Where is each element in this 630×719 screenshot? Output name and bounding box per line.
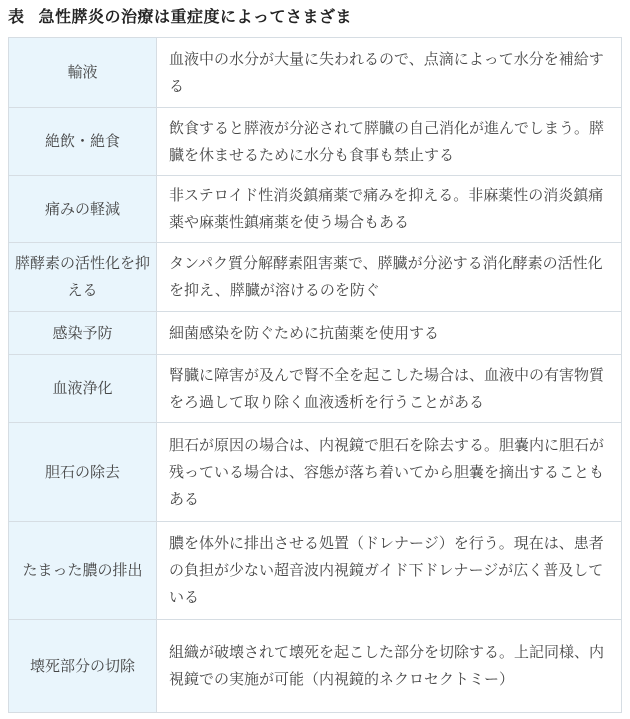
table-row: 壊死部分の切除 組織が破壊されて壊死を起こした部分を切除する。上記同様、内視鏡で… <box>9 620 622 713</box>
table-row: 輸液 血液中の水分が大量に失われるので、点滴によって水分を補給する <box>9 38 622 108</box>
treatment-label: たまった膿の排出 <box>9 522 157 620</box>
table-row: 膵酵素の活性化を抑える タンパク質分解酵素阻害薬で、膵臓が分泌する消化酵素の活性… <box>9 243 622 312</box>
treatment-label: 胆石の除去 <box>9 423 157 522</box>
treatment-label: 絶飲・絶食 <box>9 108 157 176</box>
table-row: 血液浄化 腎臓に障害が及んで腎不全を起こした場合は、血液中の有害物質をろ過して取… <box>9 355 622 423</box>
treatment-description: 細菌感染を防ぐために抗菌薬を使用する <box>157 312 622 355</box>
treatment-description: 組織が破壊されて壊死を起こした部分を切除する。上記同様、内視鏡での実施が可能（内… <box>157 620 622 713</box>
treatment-description: タンパク質分解酵素阻害薬で、膵臓が分泌する消化酵素の活性化を抑え、膵臓が溶けるの… <box>157 243 622 312</box>
treatment-label: 痛みの軽減 <box>9 176 157 243</box>
treatment-description: 胆石が原因の場合は、内視鏡で胆石を除去する。胆嚢内に胆石が残っている場合は、容態… <box>157 423 622 522</box>
table-row: 絶飲・絶食 飲食すると膵液が分泌されて膵臓の自己消化が進んでしまう。膵臓を休ませ… <box>9 108 622 176</box>
treatment-description: 非ステロイド性消炎鎮痛薬で痛みを抑える。非麻薬性の消炎鎮痛薬や麻薬性鎮痛薬を使う… <box>157 176 622 243</box>
table-row: 感染予防 細菌感染を防ぐために抗菌薬を使用する <box>9 312 622 355</box>
table-row: 胆石の除去 胆石が原因の場合は、内視鏡で胆石を除去する。胆嚢内に胆石が残っている… <box>9 423 622 522</box>
treatment-label: 膵酵素の活性化を抑える <box>9 243 157 312</box>
treatment-table: 輸液 血液中の水分が大量に失われるので、点滴によって水分を補給する 絶飲・絶食 … <box>8 37 622 713</box>
treatment-description: 膿を体外に排出させる処置（ドレナージ）を行う。現在は、患者の負担が少ない超音波内… <box>157 522 622 620</box>
table-row: 痛みの軽減 非ステロイド性消炎鎮痛薬で痛みを抑える。非麻薬性の消炎鎮痛薬や麻薬性… <box>9 176 622 243</box>
table-row: たまった膿の排出 膿を体外に排出させる処置（ドレナージ）を行う。現在は、患者の負… <box>9 522 622 620</box>
treatment-description: 腎臓に障害が及んで腎不全を起こした場合は、血液中の有害物質をろ過して取り除く血液… <box>157 355 622 423</box>
treatment-label: 感染予防 <box>9 312 157 355</box>
table-title-text: 急性膵炎の治療は重症度によってさまざま <box>39 7 353 26</box>
treatment-description: 飲食すると膵液が分泌されて膵臓の自己消化が進んでしまう。膵臓を休ませるために水分… <box>157 108 622 176</box>
treatment-label: 壊死部分の切除 <box>9 620 157 713</box>
table-title: 表急性膵炎の治療は重症度によってさまざま <box>8 4 352 27</box>
treatment-description: 血液中の水分が大量に失われるので、点滴によって水分を補給する <box>157 38 622 108</box>
treatment-label: 輸液 <box>9 38 157 108</box>
table-title-prefix: 表 <box>8 7 25 26</box>
treatment-label: 血液浄化 <box>9 355 157 423</box>
